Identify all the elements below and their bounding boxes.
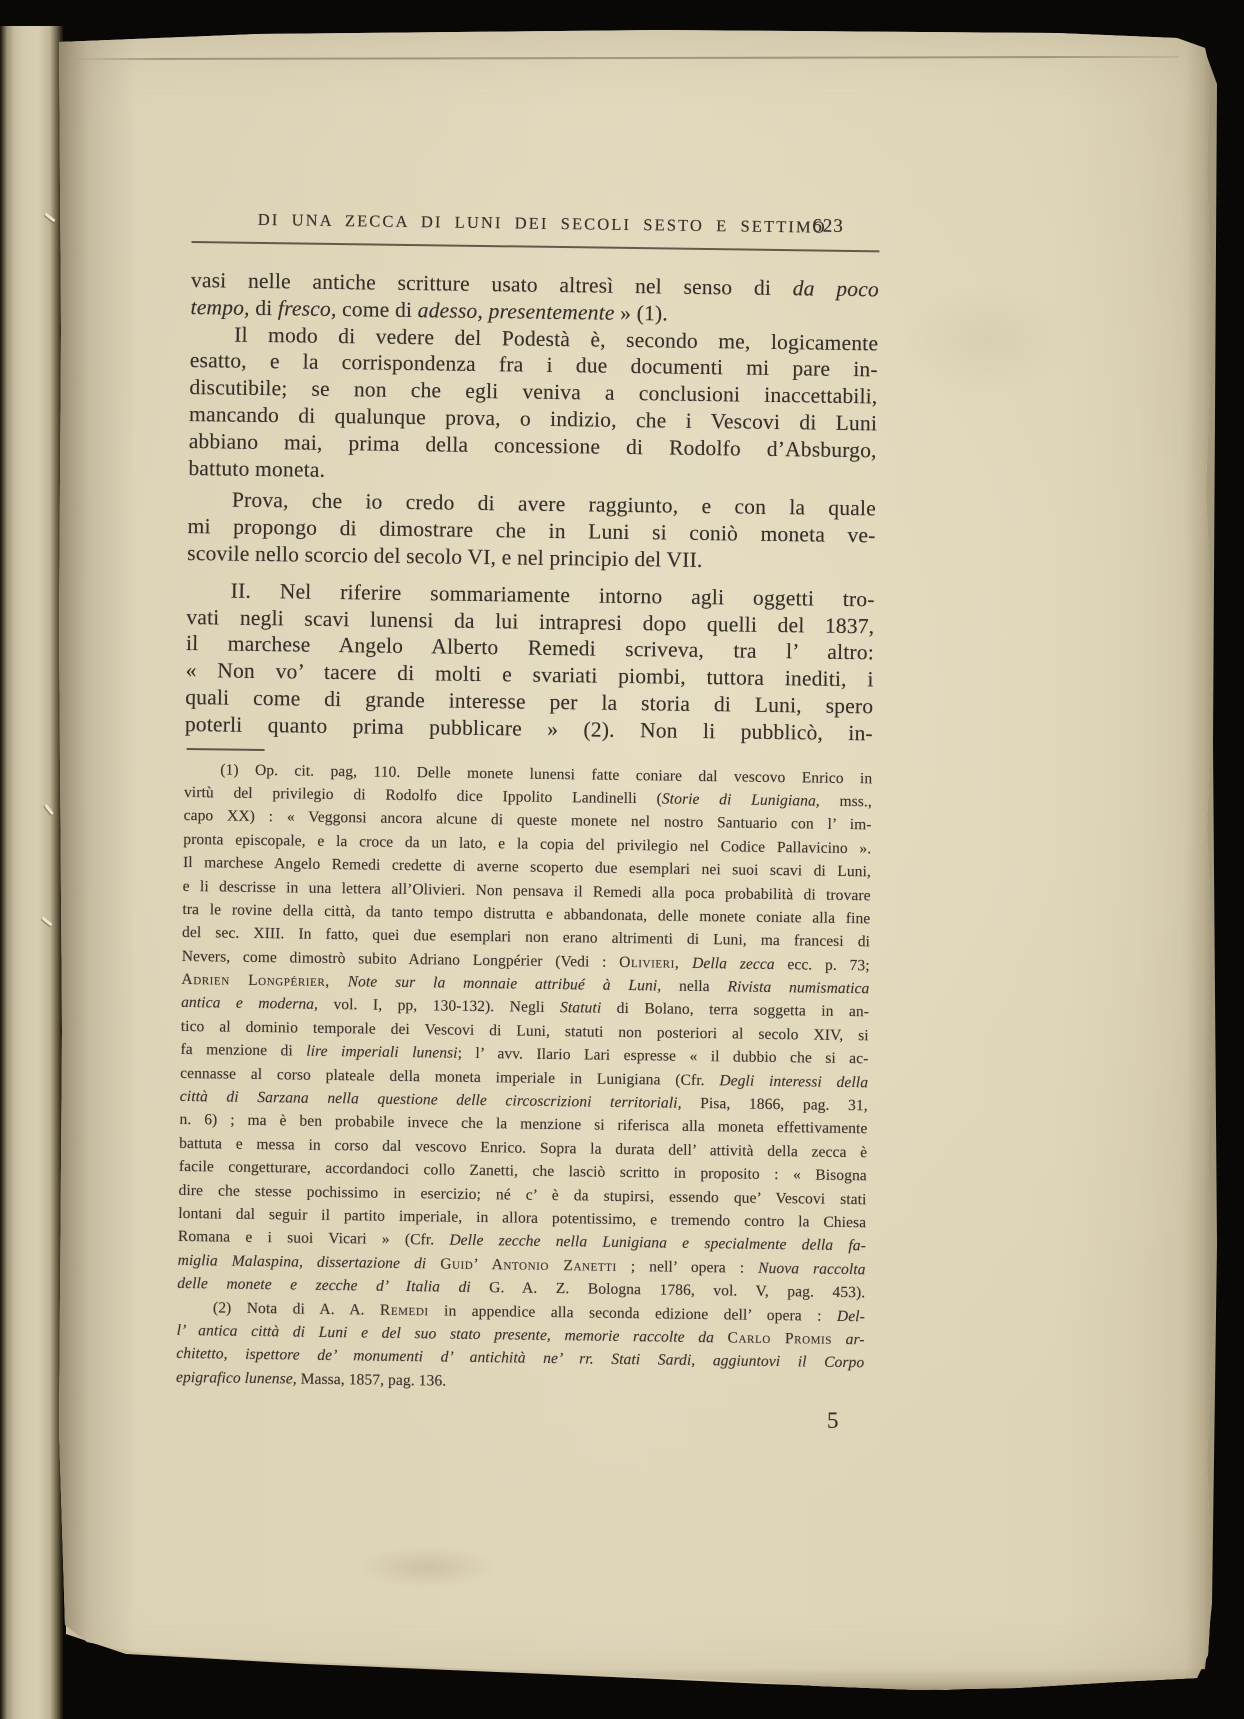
plain-text: vol. I, pp, 130-132). Negli — [318, 996, 560, 1016]
left-page-edges — [0, 26, 63, 1719]
footnote-block: (1) Op. cit. pag, 110. Delle monete lune… — [176, 747, 873, 1398]
smallcaps-text: Adrien Longpérier, — [181, 971, 330, 990]
smallcaps-text: Remedi — [380, 1301, 429, 1319]
italic-text: Degli interessi della — [719, 1072, 868, 1091]
italic-text: Rivista numismatica — [727, 978, 869, 997]
plain-text: mss., — [820, 793, 872, 811]
binding-stitch — [44, 804, 54, 815]
plain-text: come di — [336, 297, 418, 322]
plain-text: » (1). — [614, 301, 668, 326]
smallcaps-text: Carlo Promis — [727, 1329, 832, 1347]
plain-text: battuto moneta. — [188, 456, 325, 482]
plain-text: ; l’ avv. Ilario Lari espresse « il dubb… — [458, 1045, 869, 1068]
italic-text: Nuova raccolta — [758, 1260, 866, 1278]
plain-text: fa menzione di — [180, 1041, 306, 1060]
plain-text: Romana e i suoi Vicari » (Cfr. — [178, 1228, 450, 1249]
italic-text: epigrafico lunense, — [176, 1369, 297, 1388]
italic-text: delle monete e zecche d’ Italia di — [177, 1275, 471, 1296]
italic-text: Della zecca — [692, 955, 775, 973]
gutter-shadow — [57, 30, 147, 1690]
plain-text: Nevers, come dimostrò subito Adriano Lon… — [182, 948, 620, 971]
binding-stitch — [41, 917, 52, 927]
smallcaps-text: Olivieri, — [619, 954, 679, 972]
signature-mark: 5 — [827, 1408, 839, 1434]
under-page-edge-line — [71, 56, 1179, 60]
plain-text: nella — [661, 978, 728, 996]
italic-text: Statuti — [560, 1000, 601, 1018]
plain-text — [679, 954, 692, 971]
italic-text: tempo, — [190, 295, 249, 320]
italic-text: Del- — [837, 1307, 865, 1324]
plain-text: virtù del privilegio di Rodolfo dice Ipp… — [184, 784, 662, 808]
book-page: DI UNA ZECCA DI LUNI DEI SECOLI SESTO E … — [57, 30, 1217, 1690]
italic-text: Delle zecche nella Lunigiana e specialme… — [449, 1232, 866, 1255]
plain-text: G. A. Z. Bologna 1786, vol. V, pag. 453)… — [471, 1279, 866, 1301]
plain-text — [330, 973, 348, 990]
binding-stitch — [44, 213, 55, 223]
italic-text: Note sur la monnaie attribué à Luni, — [348, 973, 662, 994]
footnotes: (1) Op. cit. pag, 110. Delle monete lune… — [176, 757, 873, 1398]
plain-text — [426, 1255, 440, 1272]
plain-text — [714, 1329, 728, 1346]
italic-text: antica e moderna, — [181, 994, 318, 1013]
plain-text: ecc. p. 73; — [775, 956, 870, 974]
italic-text: miglia Malaspina, dissertazione di — [178, 1252, 427, 1272]
paper-stain — [897, 280, 1077, 400]
italic-text: lire imperiali lunensi — [306, 1043, 458, 1062]
plain-text: Massa, 1857, pag. 136. — [297, 1370, 447, 1389]
italic-text: da poco — [793, 276, 879, 301]
plain-text: (2) Nota di A. A. — [213, 1299, 380, 1318]
italic-text: Storie di Lunigiana, — [662, 790, 820, 809]
plain-text — [832, 1331, 846, 1348]
plain-text: di Bolano, terra soggetta in an- — [601, 1000, 869, 1021]
header-page-number: 623 — [812, 215, 844, 237]
paper-stain — [357, 1545, 497, 1589]
plain-text: di — [250, 296, 279, 320]
italic-text: ar- — [846, 1331, 865, 1348]
header-title: DI UNA ZECCA DI LUNI DEI SECOLI SESTO E … — [258, 210, 758, 237]
italic-text: adesso, presentemente — [418, 298, 615, 325]
plain-text: scovile nello scorcio del secolo VI, e n… — [187, 541, 703, 572]
smallcaps-text: Guid’ Antonio Zanetti — [440, 1255, 617, 1274]
text-block: DI UNA ZECCA DI LUNI DEI SECOLI SESTO E … — [176, 205, 880, 1398]
italic-text: città di Sarzana nella questione delle c… — [180, 1088, 682, 1112]
running-header: DI UNA ZECCA DI LUNI DEI SECOLI SESTO E … — [191, 205, 879, 252]
plain-text: Pisa, 1866, pag. 31, — [681, 1095, 867, 1115]
italic-text: fresco, — [278, 296, 337, 321]
footnote-separator — [187, 748, 265, 751]
body-text: vasi nelle antiche scritture usato altre… — [185, 267, 879, 747]
plain-text: in appendice alla seconda edizione dell’… — [429, 1302, 838, 1325]
plain-text: ; nell’ opera : — [617, 1258, 759, 1277]
